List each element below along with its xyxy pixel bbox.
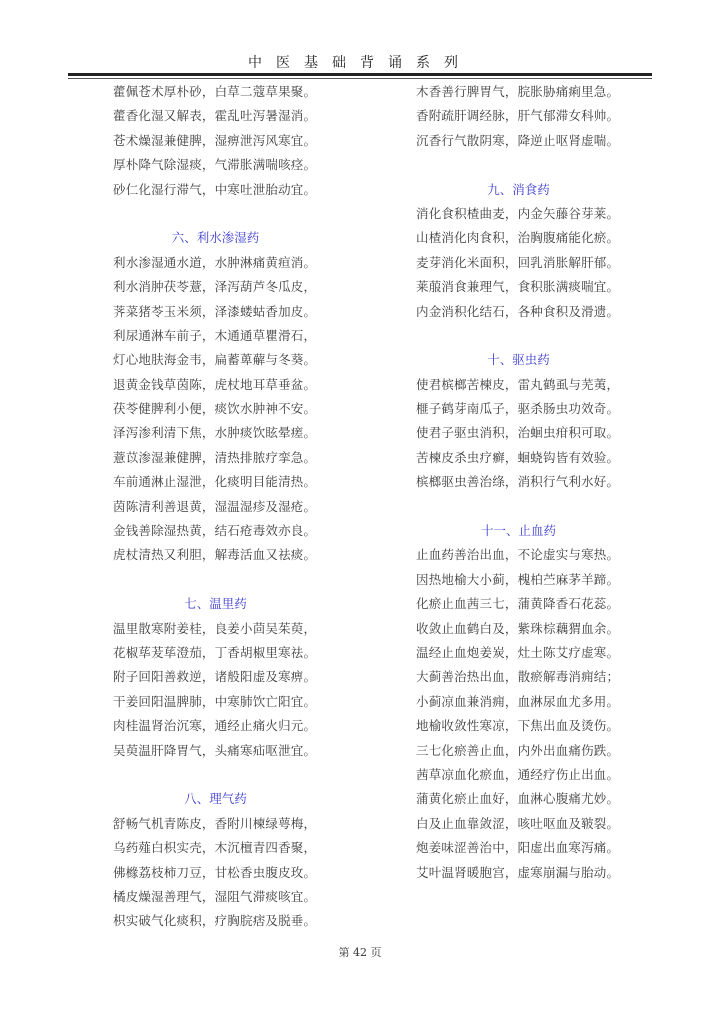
verse-line: 蒲黄化瘀止血好，血淋心腹痛尤妙。 <box>416 787 646 811</box>
verse-line: 利水渗湿通水道，水肿淋痛黄疸消。 <box>113 251 343 275</box>
verse-line: 温里散寒附姜桂，良姜小茴吴茱萸， <box>113 617 343 641</box>
verse-line: 艾叶温肾暖胞宫，虚寒崩漏与胎动。 <box>416 861 646 885</box>
verse-line: 舒畅气机青陈皮，香附川楝绿萼梅， <box>113 812 343 836</box>
spacer <box>416 324 646 348</box>
verse-line: 小蓟凉血兼消痈，血淋尿血尤多用。 <box>416 690 646 714</box>
verse-line: 干姜回阳温脾肺，中寒肺饮亡阳宜。 <box>113 690 343 714</box>
verse-line: 因热地榆大小蓟，槐柏苎麻茅羊蹄。 <box>416 568 646 592</box>
verse-line: 大蓟善治热出血，散瘀解毒消痈结； <box>416 665 646 689</box>
header-title: 中医基础背诵系列 <box>0 52 720 72</box>
verse-line: 薏苡渗湿兼健脾，清热排脓疗挛急。 <box>113 446 343 470</box>
verse-line: 花椒荜茇荜澄茄，丁香胡椒里寒祛。 <box>113 641 343 665</box>
verse-line: 消化食积楂曲麦，内金矢藤谷芽莱。 <box>416 202 646 226</box>
verse-line: 化瘀止血茜三七，蒲黄降香石花蕊。 <box>416 592 646 616</box>
verse-line: 使君槟榔苦楝皮，雷丸鹤虱与芜荑， <box>416 373 646 397</box>
spacer <box>416 495 646 519</box>
verse-line: 泽泻渗利清下焦，水肿痰饮眩晕瘥。 <box>113 421 343 445</box>
verse-line: 金钱善除湿热黄，结石疮毒效亦良。 <box>113 519 343 543</box>
verse-line: 榧子鹤芽南瓜子，驱杀肠虫功效奇。 <box>416 397 646 421</box>
verse-line: 温经止血炮姜炭，灶土陈艾疗虚寒。 <box>416 641 646 665</box>
verse-line: 沉香行气散阴寒，降逆止呕肾虚喘。 <box>416 129 646 153</box>
verse-line: 枳实破气化痰积，疗胸脘痞及脱垂。 <box>113 909 343 933</box>
section-heading: 八、理气药 <box>113 787 318 811</box>
spacer <box>113 568 343 592</box>
verse-line: 厚朴降气除湿痰，气滞胀满喘咳痉。 <box>113 153 343 177</box>
spacer <box>113 202 343 226</box>
spacer <box>416 153 646 177</box>
section-heading: 十、驱虫药 <box>416 348 621 372</box>
verse-line: 山楂消化肉食积，治胸腹痛能化瘀。 <box>416 226 646 250</box>
verse-line: 砂仁化湿行滞气，中寒吐泄胎动宜。 <box>113 178 343 202</box>
right-column: 木香善行脾胃气，脘胀胁痛痢里急。香附疏肝调经脉，肝气郁滞女科帅。沉香行气散阴寒，… <box>416 80 646 885</box>
verse-line: 利水消肿茯苓薏，泽泻葫芦冬瓜皮， <box>113 275 343 299</box>
verse-line: 使君子驱虫消积，治蛔虫疳积可取。 <box>416 421 646 445</box>
page-number: 第 42 页 <box>0 944 720 960</box>
verse-line: 吴萸温肝降胃气，头痛寒疝呕泄宜。 <box>113 739 343 763</box>
section-heading: 十一、止血药 <box>416 519 621 543</box>
verse-line: 乌药薤白枳实壳，木沉檀青四香聚， <box>113 836 343 860</box>
verse-line: 白及止血靠敛涩，咳吐呕血及皲裂。 <box>416 812 646 836</box>
section-heading: 九、消食药 <box>416 178 621 202</box>
verse-line: 三七化瘀善止血，内外出血痛伤跌。 <box>416 739 646 763</box>
verse-line: 止血药善治出血，不论虚实与寒热。 <box>416 543 646 567</box>
verse-line: 附子回阳善救逆，诸般阳虚及寒痹。 <box>113 665 343 689</box>
verse-line: 茯苓健脾利小便，痰饮水肿神不安。 <box>113 397 343 421</box>
verse-line: 木香善行脾胃气，脘胀胁痛痢里急。 <box>416 80 646 104</box>
verse-line: 苦楝皮杀虫疗癣，蛔蛲钩皆有效验。 <box>416 446 646 470</box>
verse-line: 退黄金钱草茵陈，虎杖地耳草垂盆。 <box>113 373 343 397</box>
verse-line: 内金消积化结石，各种食积及滑遗。 <box>416 300 646 324</box>
left-column: 藿佩苍术厚朴砂，白草二蔻草果聚。藿香化湿又解表，霍乱吐泻暑湿消。苍术燥湿兼健脾，… <box>113 80 343 934</box>
verse-line: 荠菜猪苓玉米须，泽漆蝼蛄香加皮。 <box>113 300 343 324</box>
verse-line: 利尿通淋车前子，木通通草瞿滑石， <box>113 324 343 348</box>
verse-line: 橘皮燥湿善理气，湿阻气滞痰咳宜。 <box>113 885 343 909</box>
verse-line: 佛橼荔枝柿刀豆，甘松香虫腹皮玫。 <box>113 861 343 885</box>
header-rule-thick <box>68 73 652 76</box>
verse-line: 灯心地肤海金韦，扁蓄萆薢与冬葵。 <box>113 348 343 372</box>
verse-line: 收敛止血鹤白及，紫珠棕藕猬血余。 <box>416 617 646 641</box>
verse-line: 麦芽消化米面积，回乳消胀解肝郁。 <box>416 251 646 275</box>
verse-line: 茵陈清利善退黄，湿温湿疹及湿疮。 <box>113 495 343 519</box>
verse-line: 肉桂温肾治沉寒，通经止痛火归元。 <box>113 714 343 738</box>
section-heading: 七、温里药 <box>113 592 318 616</box>
header-rule-thin <box>68 78 652 79</box>
verse-line: 苍术燥湿兼健脾，湿痹泄泻风寒宜。 <box>113 129 343 153</box>
verse-line: 车前通淋止湿泄，化痰明目能清热。 <box>113 470 343 494</box>
verse-line: 藿香化湿又解表，霍乱吐泻暑湿消。 <box>113 104 343 128</box>
verse-line: 茜草凉血化瘀血，通经疗伤止出血。 <box>416 763 646 787</box>
verse-line: 地榆收敛性寒凉，下焦出血及烫伤。 <box>416 714 646 738</box>
verse-line: 藿佩苍术厚朴砂，白草二蔻草果聚。 <box>113 80 343 104</box>
verse-line: 莱菔消食兼理气，食积胀满痰喘宜。 <box>416 275 646 299</box>
verse-line: 炮姜味涩善治中，阳虚出血寒泻痛。 <box>416 836 646 860</box>
verse-line: 虎杖清热又利胆，解毒活血又祛痰。 <box>113 543 343 567</box>
spacer <box>113 763 343 787</box>
verse-line: 槟榔驱虫善治绦，消积行气利水好。 <box>416 470 646 494</box>
section-heading: 六、利水渗湿药 <box>113 226 318 250</box>
verse-line: 香附疏肝调经脉，肝气郁滞女科帅。 <box>416 104 646 128</box>
